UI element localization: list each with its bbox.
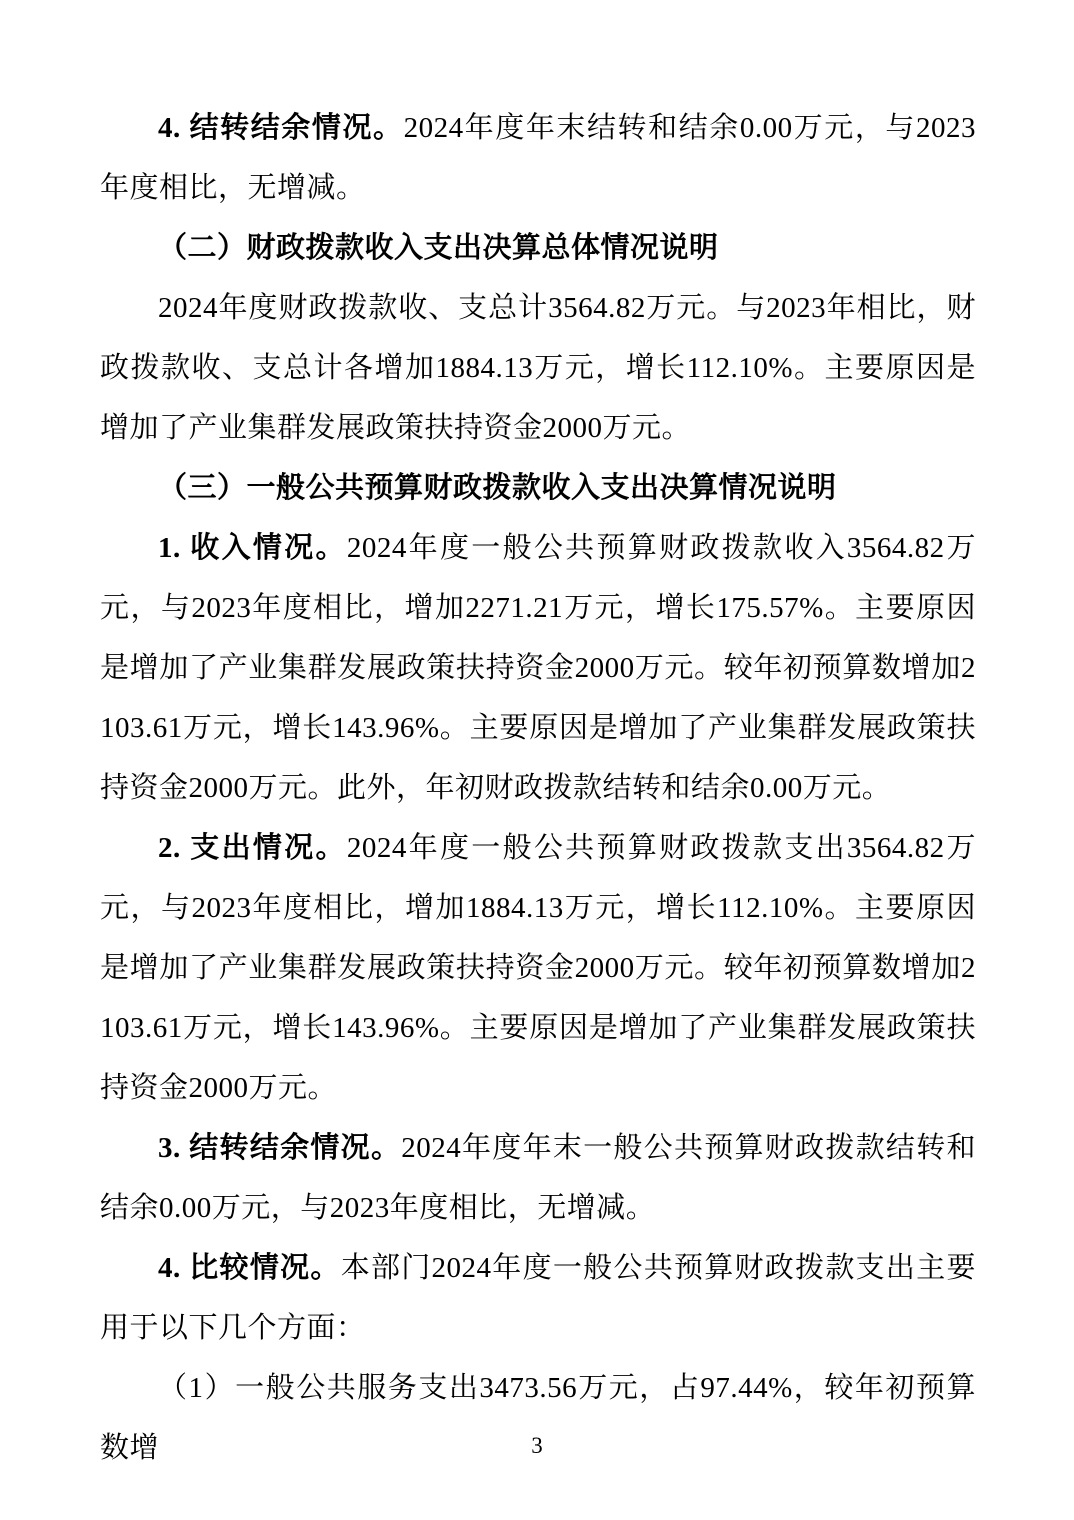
paragraph-lead: 4. 比较情况。	[158, 1252, 341, 1284]
paragraph-text: 2024年度一般公共预算财政拨款支出3564.82万元，与2023年度相比，增加…	[100, 832, 976, 1104]
paragraph-carryover-summary: 4. 结转结余情况。2024年度年末结转和结余0.00万元，与2023年度相比，…	[100, 98, 976, 218]
heading-text: （三）一般公共预算财政拨款收入支出决算情况说明	[158, 472, 837, 504]
paragraph-text: 2024年度财政拨款收、支总计3564.82万元。与2023年相比，财政拨款收、…	[100, 292, 976, 444]
paragraph-text: 2024年度一般公共预算财政拨款收入3564.82万元，与2023年度相比，增加…	[100, 532, 976, 804]
paragraph-comparison: 4. 比较情况。本部门2024年度一般公共预算财政拨款支出主要用于以下几个方面：	[100, 1238, 976, 1358]
section-heading-two: （二）财政拨款收入支出决算总体情况说明	[100, 218, 976, 278]
paragraph-carryover-general: 3. 结转结余情况。2024年度年末一般公共预算财政拨款结转和结余0.00万元，…	[100, 1118, 976, 1238]
document-body: 4. 结转结余情况。2024年度年末结转和结余0.00万元，与2023年度相比，…	[100, 98, 976, 1478]
paragraph-lead: 3. 结转结余情况。	[158, 1132, 401, 1164]
paragraph-lead: 2. 支出情况。	[158, 832, 347, 864]
paragraph-expenditure: 2. 支出情况。2024年度一般公共预算财政拨款支出3564.82万元，与202…	[100, 818, 976, 1118]
paragraph-fiscal-total: 2024年度财政拨款收、支总计3564.82万元。与2023年相比，财政拨款收、…	[100, 278, 976, 458]
paragraph-income: 1. 收入情况。2024年度一般公共预算财政拨款收入3564.82万元，与202…	[100, 518, 976, 818]
page-number: 3	[0, 1430, 1074, 1462]
paragraph-lead: 1. 收入情况。	[158, 532, 347, 564]
paragraph-lead: 4. 结转结余情况。	[158, 112, 404, 144]
section-heading-three: （三）一般公共预算财政拨款收入支出决算情况说明	[100, 458, 976, 518]
heading-text: （二）财政拨款收入支出决算总体情况说明	[158, 232, 719, 264]
document-page: 4. 结转结余情况。2024年度年末结转和结余0.00万元，与2023年度相比，…	[0, 0, 1074, 1520]
